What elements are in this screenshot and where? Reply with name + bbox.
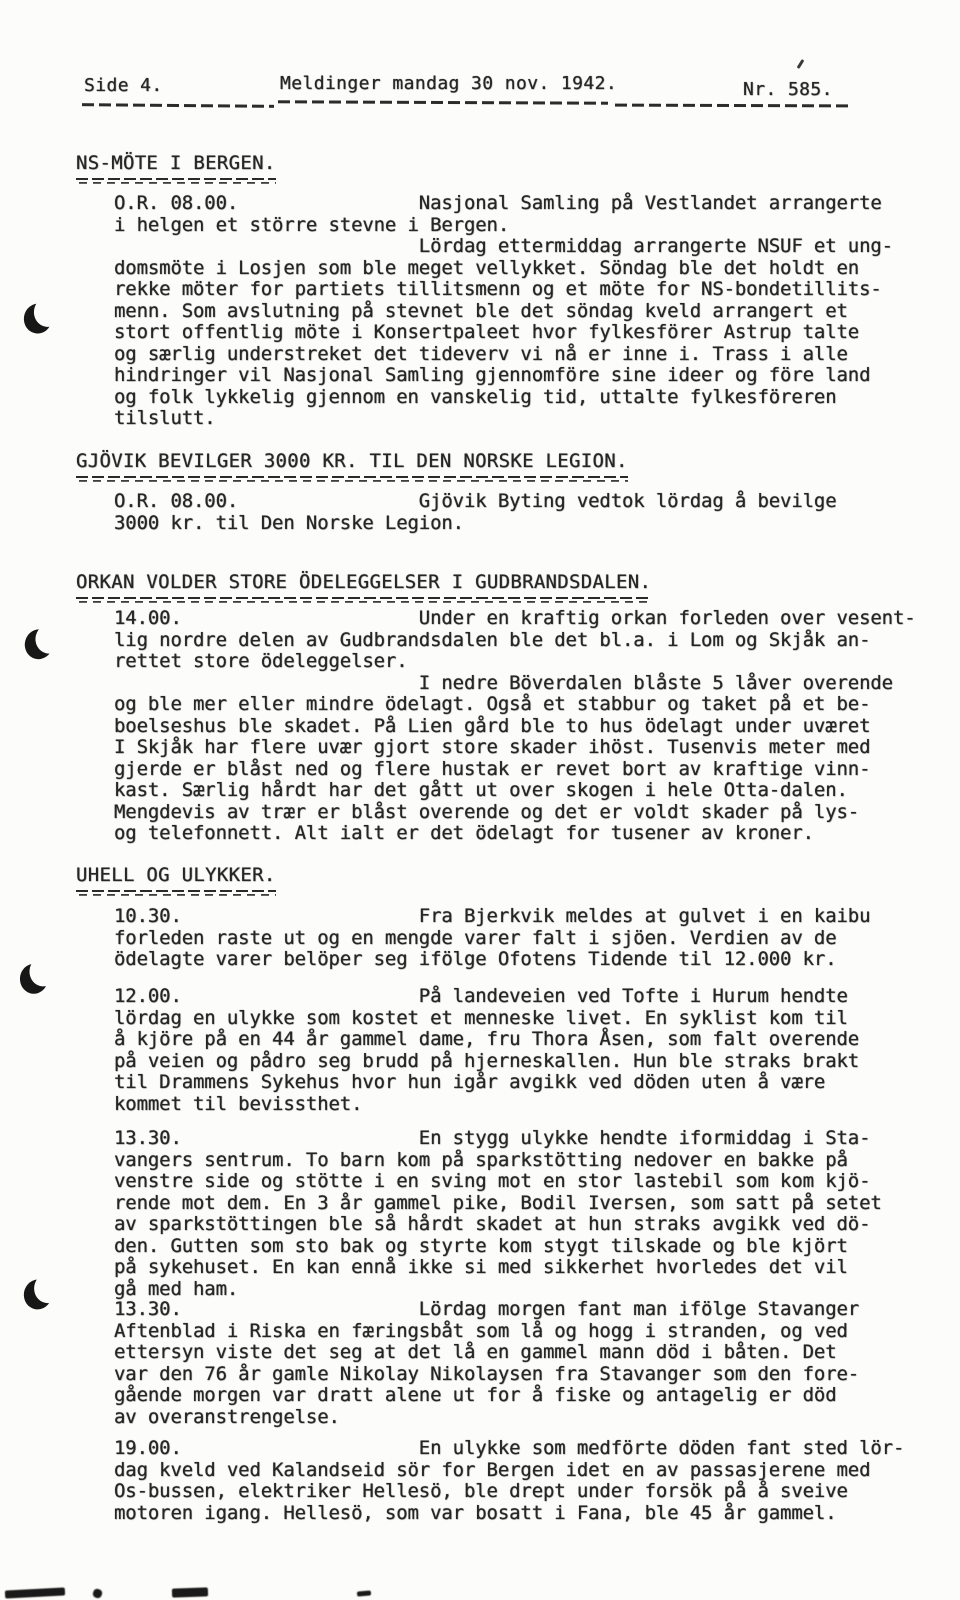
header-underline <box>82 103 274 107</box>
scan-artifact <box>172 1587 208 1597</box>
paragraph-ns-mote-i-bergen-0: O.R. 08.00. Nasjonal Samling på Vestland… <box>114 193 893 430</box>
section-heading-uhell-og-ulykker: UHELL OG ULYKKER. <box>76 864 276 896</box>
paragraph-uhell-og-ulykker-3: 13.30. Lördag morgen fant man ifölge Sta… <box>114 1299 859 1428</box>
scanned-document-page: Side 4. Meldinger mandag 30 nov. 1942. N… <box>0 0 960 1600</box>
scan-artifact <box>357 1590 371 1596</box>
section-heading-gjovik-bevilger-legion: GJÖVIK BEVILGER 3000 KR. TIL DEN NORSKE … <box>76 450 628 482</box>
document-title: Meldinger mandag 30 nov. 1942. <box>280 73 617 94</box>
scan-artifact <box>92 1588 104 1600</box>
paragraph-uhell-og-ulykker-4: 19.00. En ulykke som medförte döden fant… <box>114 1438 904 1524</box>
header-underline <box>278 100 608 104</box>
paragraph-gjovik-bevilger-legion-0: O.R. 08.00. Gjövik Byting vedtok lördag … <box>114 491 837 534</box>
bulletin-number: Nr. 585. <box>743 79 833 100</box>
paragraph-orkan-gudbrandsdalen-0: 14.00. Under en kraftig orkan forleden o… <box>114 608 916 845</box>
scan-artifact <box>5 1587 65 1598</box>
section-heading-ns-mote-i-bergen: NS-MÖTE I BERGEN. <box>76 152 276 184</box>
ink-speck <box>797 59 805 69</box>
handwritten-ink-crescent-3 <box>19 959 55 997</box>
paragraph-uhell-og-ulykker-0: 10.30. Fra Bjerkvik meldes at gulvet i e… <box>114 906 870 971</box>
handwritten-ink-crescent-1 <box>22 298 61 338</box>
paragraph-uhell-og-ulykker-1: 12.00. På landeveien ved Tofte i Hurum h… <box>114 986 859 1115</box>
handwritten-ink-crescent-2 <box>21 622 63 665</box>
page-number-label: Side 4. <box>84 75 163 96</box>
section-heading-orkan-gudbrandsdalen: ORKAN VOLDER STORE ÖDELEGGELSER I GUDBRA… <box>76 571 651 603</box>
handwritten-ink-crescent-4 <box>21 1273 61 1314</box>
paragraph-uhell-og-ulykker-2: 13.30. En stygg ulykke hendte iformiddag… <box>114 1128 882 1300</box>
header-underline <box>615 104 853 107</box>
